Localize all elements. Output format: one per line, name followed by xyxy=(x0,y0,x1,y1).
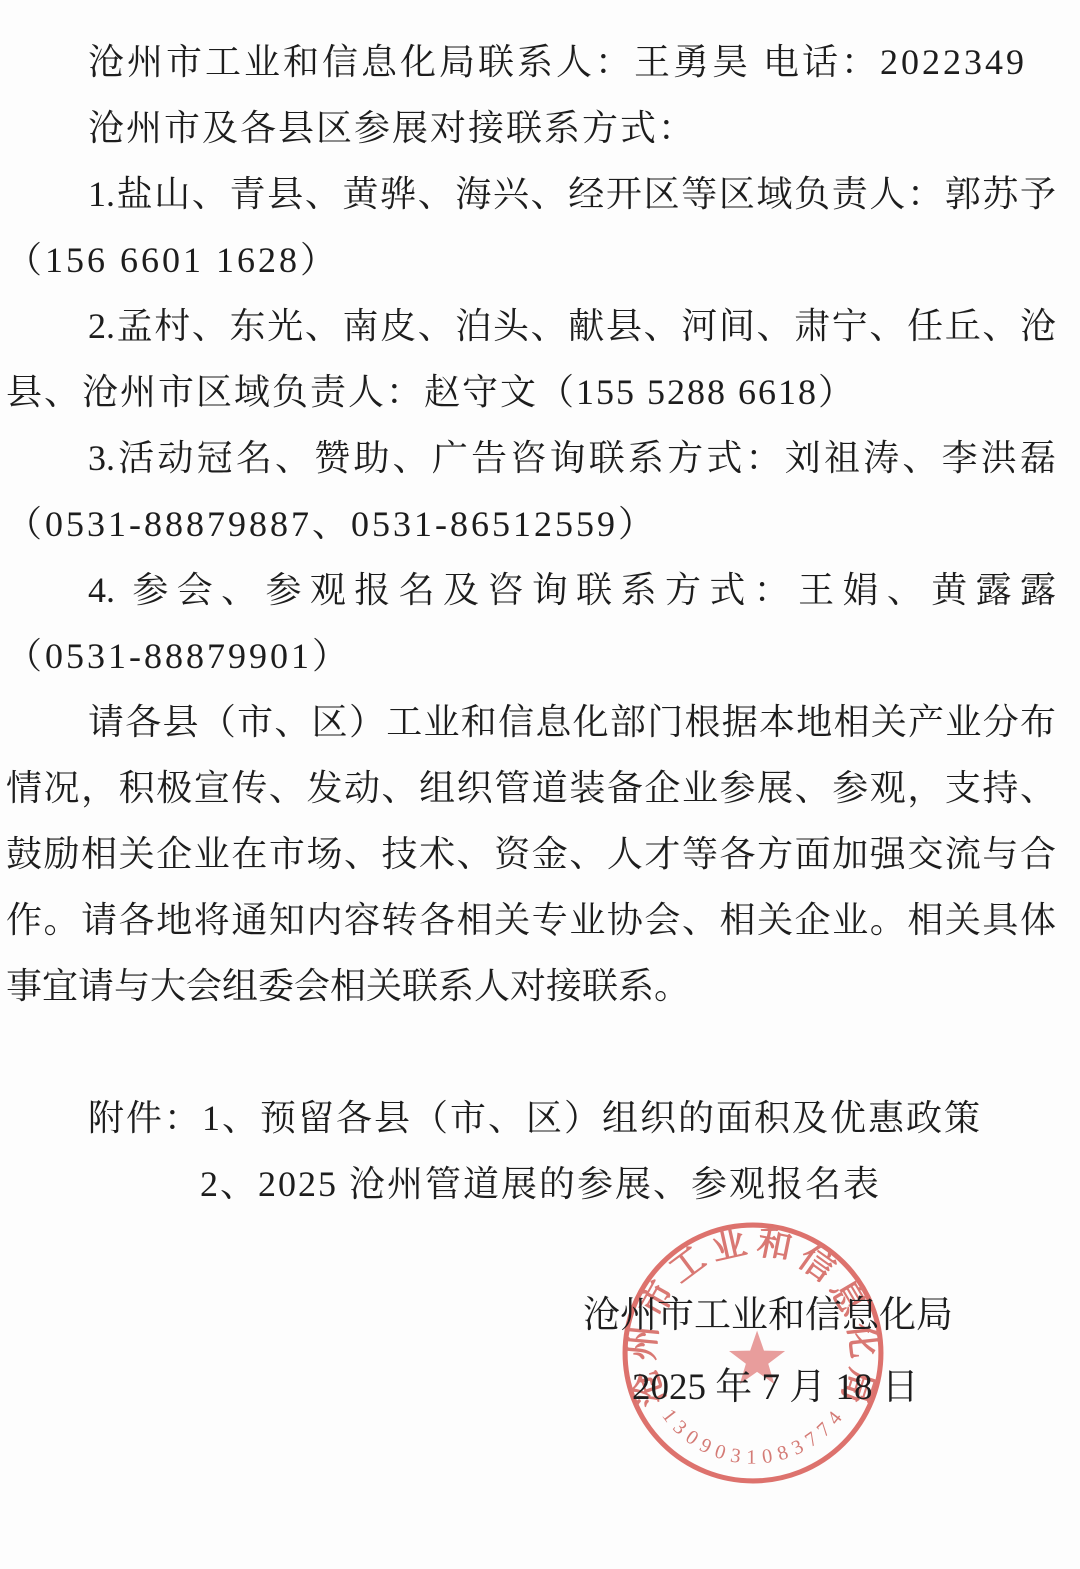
contact-item-4-phone: （0531-88879901） xyxy=(6,623,1056,689)
contact-item-2-line-2: 县、沧州市区域负责人：赵守文（155 5288 6618） xyxy=(6,359,1056,425)
closing-paragraph-line-3: 鼓励相关企业在市场、技术、资金、人才等各方面加强交流与合 xyxy=(6,821,1056,887)
contact-item-4-line-1: 4. 参会、参观报名及咨询联系方式：王娟、黄露露 xyxy=(6,557,1056,623)
contact-item-3-phones: （0531-88879887、0531-86512559） xyxy=(6,491,1056,557)
bureau-contact-line: 沧州市工业和信息化局联系人：王勇昊 电话：2022349 xyxy=(6,29,1056,95)
attachment-item-2: 2、2025 沧州管道展的参展、参观报名表 xyxy=(6,1151,1056,1217)
spacer xyxy=(6,1217,1056,1283)
attachment-item-1: 附件：1、预留各县（市、区）组织的面积及优惠政策 xyxy=(6,1085,1056,1151)
contact-item-3-line-1: 3.活动冠名、赞助、广告咨询联系方式：刘祖涛、李洪磊 xyxy=(6,425,1056,491)
closing-paragraph-line-1: 请各县（市、区）工业和信息化部门根据本地相关产业分布 xyxy=(6,689,1056,755)
closing-paragraph-line-2: 情况，积极宣传、发动、组织管道装备企业参展、参观，支持、 xyxy=(6,755,1056,821)
contact-item-1-line-1: 1.盐山、青县、黄骅、海兴、经开区等区域负责人：郭苏予 xyxy=(6,161,1056,227)
closing-paragraph-line-4: 作。请各地将通知内容转各相关专业协会、相关企业。相关具体 xyxy=(6,887,1056,953)
closing-paragraph-line-5: 事宜请与大会组委会相关联系人对接联系。 xyxy=(6,953,1056,1019)
document-page: 沧州市工业和信息化局联系人：王勇昊 电话：2022349 沧州市及各县区参展对接… xyxy=(0,0,1080,1569)
signature-date: 2025 年 7 月 18 日 xyxy=(6,1355,1056,1421)
contact-section-intro: 沧州市及各县区参展对接联系方式： xyxy=(6,95,1056,161)
official-seal: 沧州市工业和信息化局 1309031083774 xyxy=(620,1220,886,1486)
contact-item-1-phone: （156 6601 1628） xyxy=(6,227,1056,293)
signature-organization: 沧州市工业和信息化局 xyxy=(6,1283,1056,1349)
contact-item-2-line-1: 2.孟村、东光、南皮、泊头、献县、河间、肃宁、任丘、沧 xyxy=(6,293,1056,359)
spacer xyxy=(6,1019,1056,1085)
